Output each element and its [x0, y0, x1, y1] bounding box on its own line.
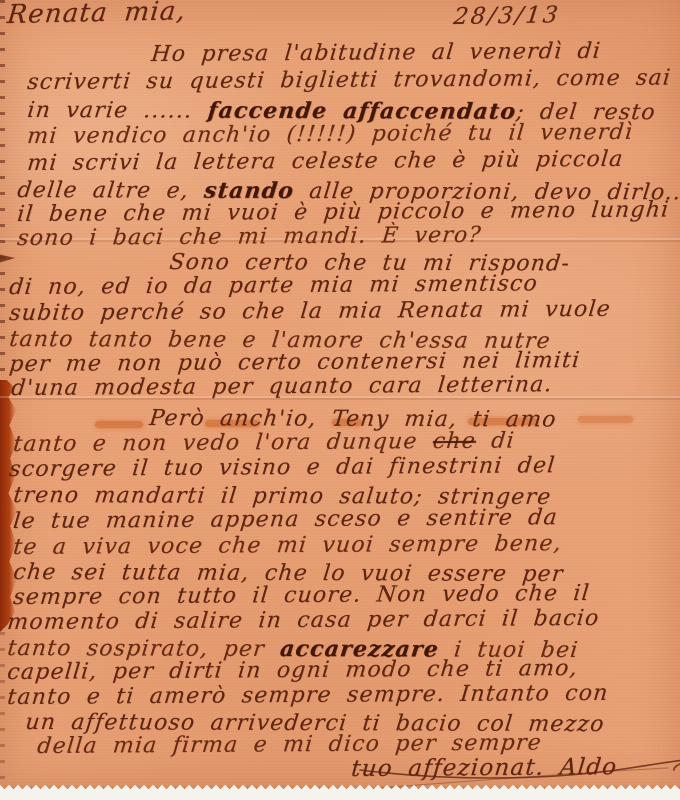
struck-word: che — [432, 429, 478, 454]
left-perforation — [0, 0, 5, 382]
ink-smudge — [578, 416, 633, 423]
letter-line: sono i baci che mi mandi. È vero? — [16, 223, 483, 252]
ink-smudge — [95, 421, 143, 428]
line-part: tanto e non vedo l'ora dunque — [12, 429, 434, 457]
left-perforation-lower — [0, 632, 5, 788]
letter-date: 28/3/13 — [452, 2, 562, 30]
line-part: delle altre e, — [16, 178, 205, 204]
letter-line: scorgere il tuo visino e dai finestrini … — [8, 453, 557, 483]
salutation: Renata mia, — [6, 0, 187, 28]
letter-line: mi scrivi la lettera celeste che è più p… — [26, 147, 625, 177]
letter-line: d'una modesta per quanto cara letterina. — [10, 372, 554, 402]
letter-line: mi vendico anch'io (!!!!!) poiché tu il … — [26, 120, 634, 150]
letter-line: di no, ed io da parte mia mi smentisco — [8, 271, 539, 301]
letter-line: te a viva voce che mi vuoi sempre bene, — [12, 531, 563, 561]
line-part: in varie ...... — [26, 98, 209, 124]
letter-line: le tue manine appena sceso e sentire da — [12, 505, 559, 535]
letter-line: tanto e ti amerò sempre sempre. Intanto … — [6, 681, 610, 711]
serrated-bottom-edge — [0, 789, 680, 800]
line-part: di — [475, 429, 516, 454]
scanned-letter: Renata mia, 28/3/13 Ho presa l'abitudine… — [0, 0, 680, 800]
letter-line: Ho presa l'abitudine al venerdì di — [150, 39, 602, 68]
letter-line: momento di salire in casa per darci il b… — [6, 606, 601, 636]
letter-line: scriverti su questi biglietti trovandomi… — [26, 66, 672, 96]
letter-line: subito perché so che la mia Renata mi vu… — [8, 297, 612, 327]
